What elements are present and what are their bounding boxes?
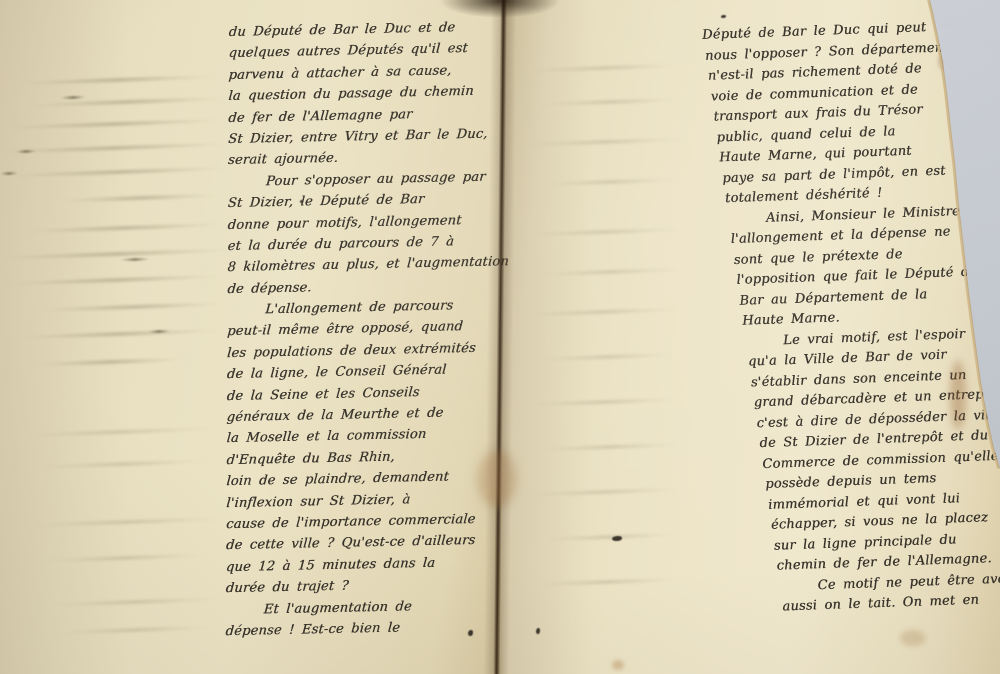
open-manuscript-book: du Député de Bar le Duc et dequelques au… (0, 0, 1000, 674)
photo-of-manuscript: du Député de Bar le Duc et dequelques au… (0, 0, 1000, 674)
torn-page-edge (0, 0, 1000, 674)
